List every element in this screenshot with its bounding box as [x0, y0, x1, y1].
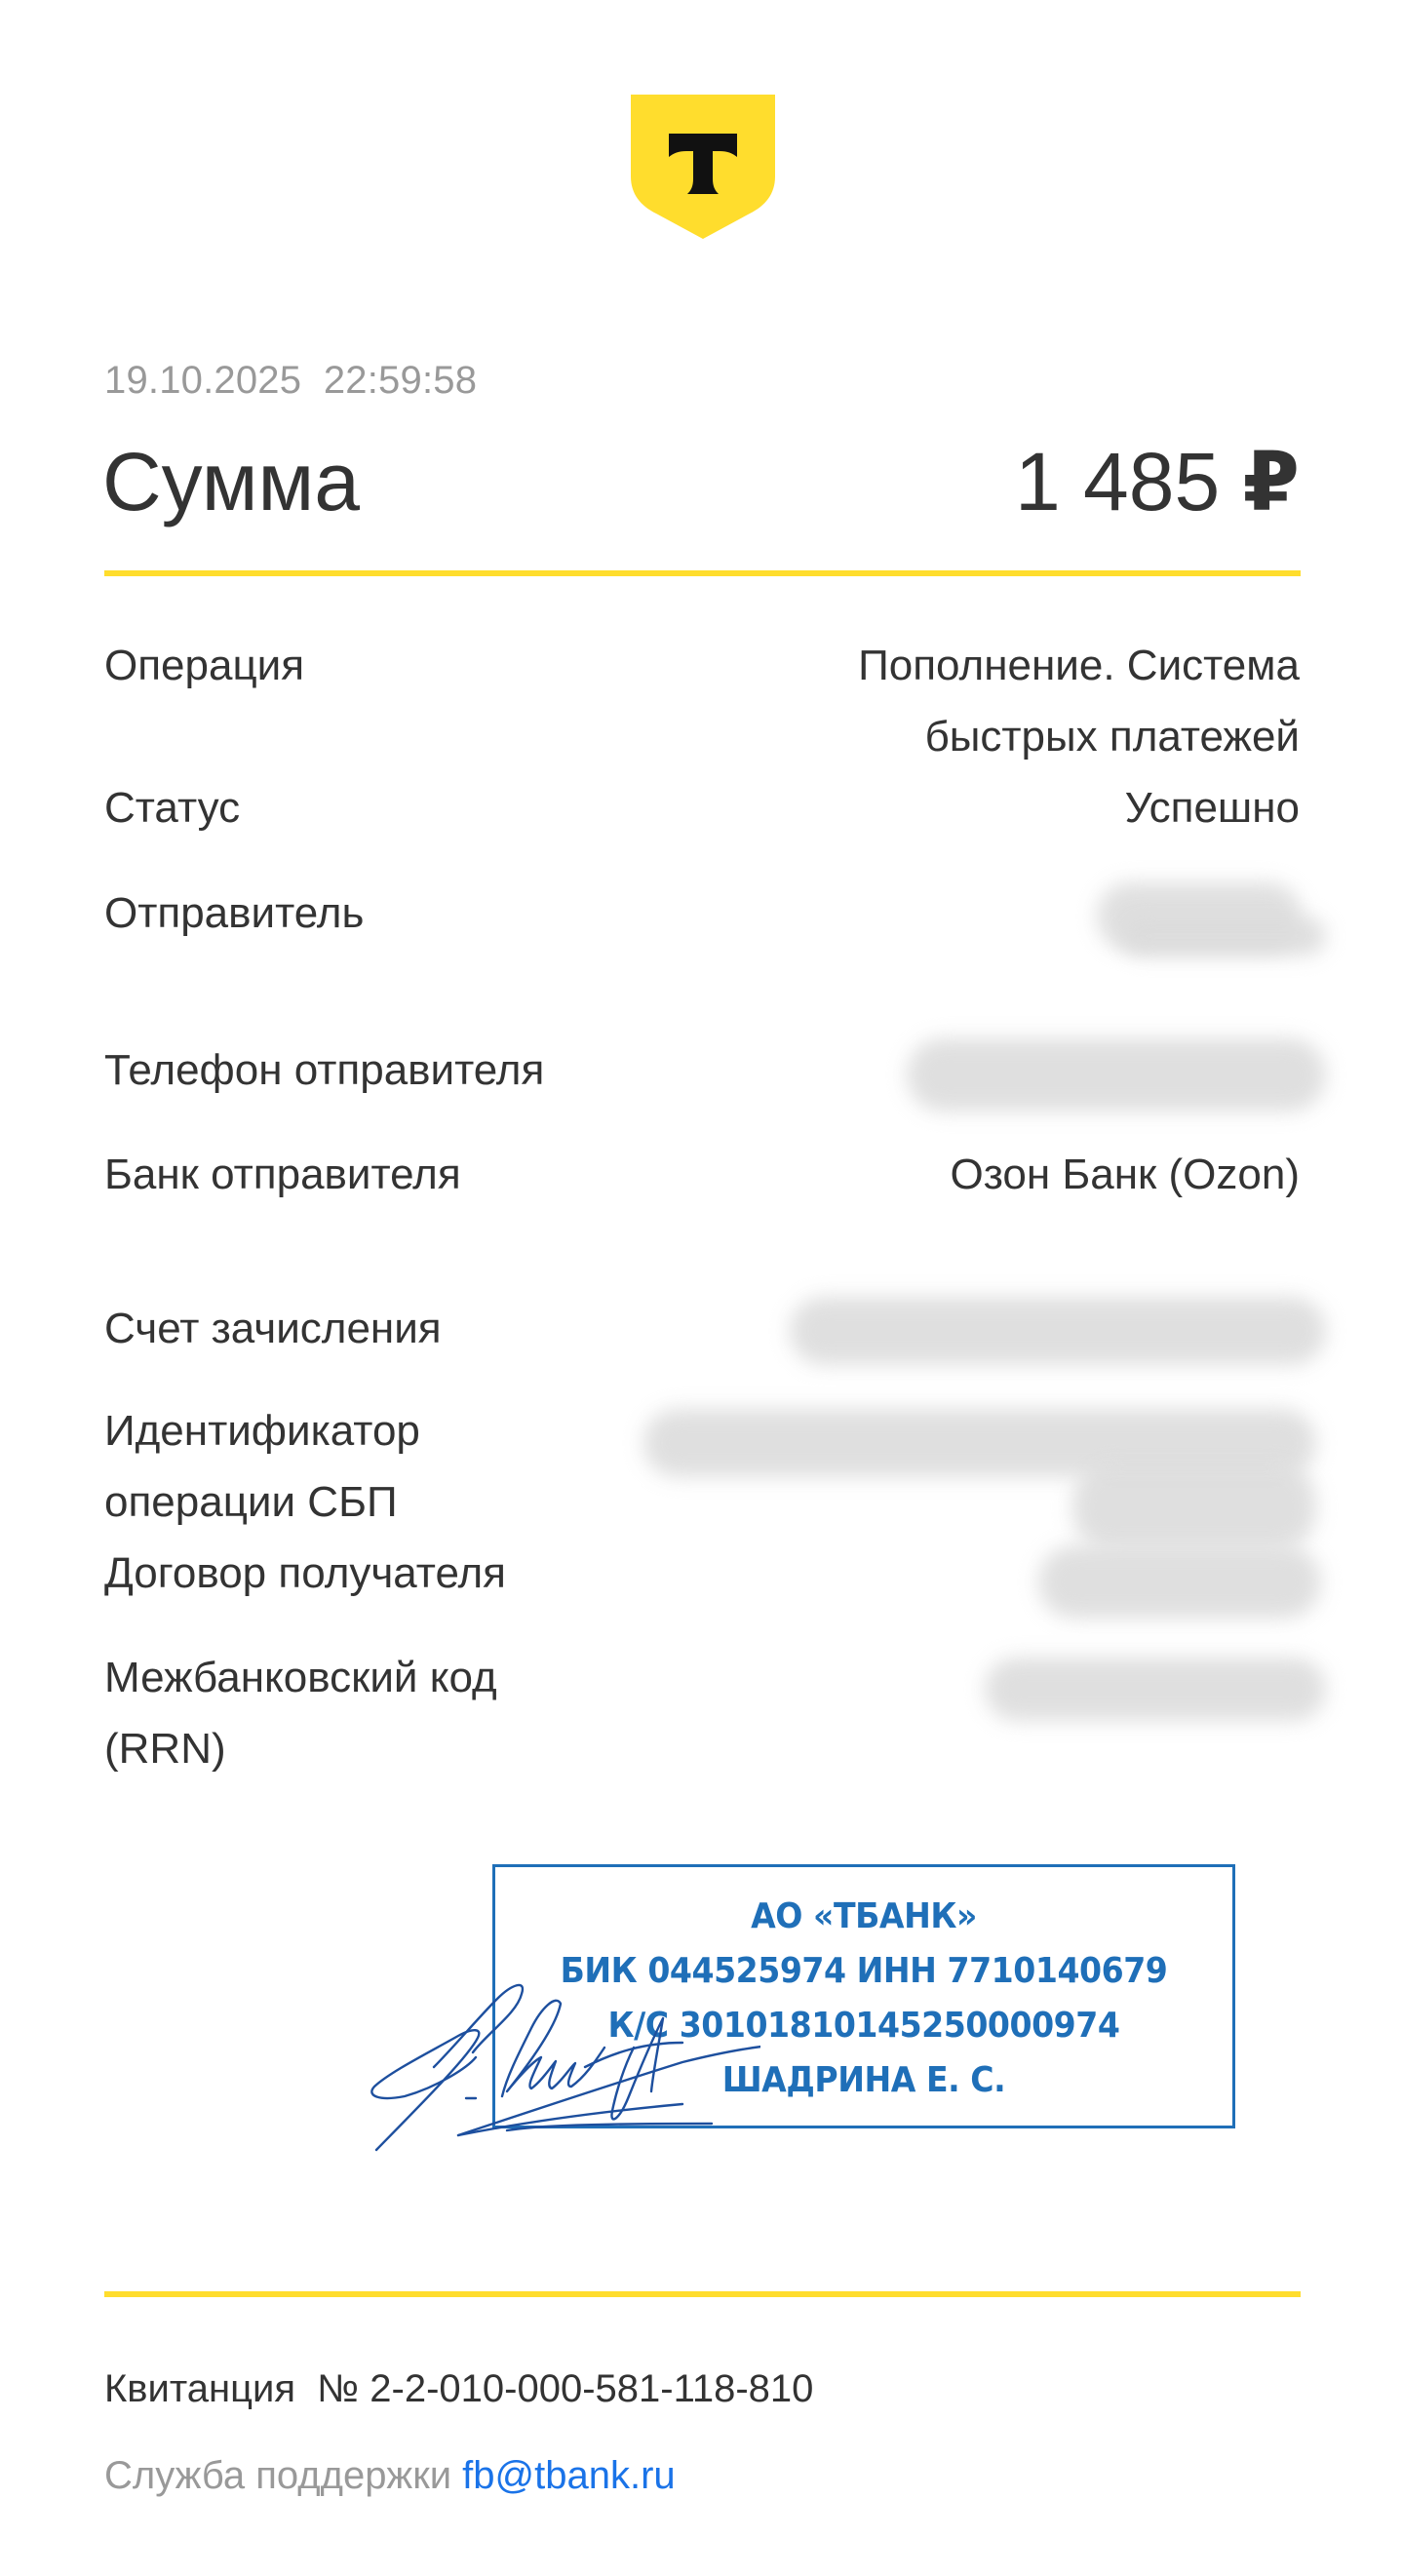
row-value-sender-bank: Озон Банк (Ozon) — [951, 1139, 1301, 1210]
transaction-datetime: 19.10.2025 22:59:58 — [104, 359, 477, 403]
support-label: Служба поддержки — [104, 2454, 451, 2497]
transaction-date: 19.10.2025 — [104, 359, 301, 402]
bank-stamp: АО «ТБАНК» БИК 044525974 ИНН 7710140679 … — [492, 1864, 1235, 2128]
row-label-sbp-id: Идентификатор операции СБП — [104, 1395, 420, 1538]
operation-value-line-2: быстрых платежей — [858, 701, 1300, 772]
row-label-rrn: Межбанковский код (RRN) — [104, 1642, 497, 1784]
rrn-label-line-1: Межбанковский код — [104, 1642, 497, 1713]
operation-value-line-1: Пополнение. Система — [858, 630, 1300, 701]
sum-amount: 1 485 ₽ — [1015, 441, 1300, 523]
support-info: Служба поддержки fb@tbank.ru — [104, 2454, 676, 2498]
tbank-shield-t-icon — [629, 93, 777, 239]
stamp-correspondent-account: К/С 30101810145250000974 — [525, 2006, 1203, 2046]
sbp-id-label-line-1: Идентификатор — [104, 1395, 420, 1466]
sum-amount-number: 1 485 — [1015, 436, 1220, 527]
ruble-icon: ₽ — [1243, 436, 1300, 527]
rrn-label-line-2: (RRN) — [104, 1713, 497, 1784]
receipt-number: № 2-2-010-000-581-118-810 — [317, 2367, 813, 2410]
sum-label: Сумма — [102, 441, 360, 523]
sbp-id-label-line-2: операции СБП — [104, 1466, 420, 1538]
support-email-link[interactable]: fb@tbank.ru — [462, 2454, 676, 2497]
row-label-recipient-contract: Договор получателя — [104, 1538, 506, 1609]
row-label-sender: Отправитель — [104, 878, 364, 949]
stamp-bank-name: АО «ТБАНК» — [525, 1896, 1203, 1936]
tbank-logo — [629, 93, 777, 239]
row-label-operation: Операция — [104, 630, 304, 701]
row-label-credit-account: Счет зачисления — [104, 1293, 442, 1364]
stamp-signatory: ШАДРИНА Е. С. — [525, 2060, 1203, 2100]
row-label-sender-phone: Телефон отправителя — [104, 1034, 544, 1106]
divider-top — [104, 570, 1301, 576]
row-value-status: Успешно — [1125, 772, 1300, 843]
receipt-info: Квитанция № 2-2-010-000-581-118-810 — [104, 2367, 813, 2411]
transaction-time: 22:59:58 — [324, 359, 477, 402]
row-label-status: Статус — [104, 772, 240, 843]
divider-bottom — [104, 2291, 1301, 2297]
stamp-bik-inn: БИК 044525974 ИНН 7710140679 — [525, 1951, 1203, 1991]
row-label-sender-bank: Банк отправителя — [104, 1139, 461, 1210]
receipt-label: Квитанция — [104, 2367, 295, 2410]
row-value-operation: Пополнение. Система быстрых платежей — [858, 630, 1300, 772]
